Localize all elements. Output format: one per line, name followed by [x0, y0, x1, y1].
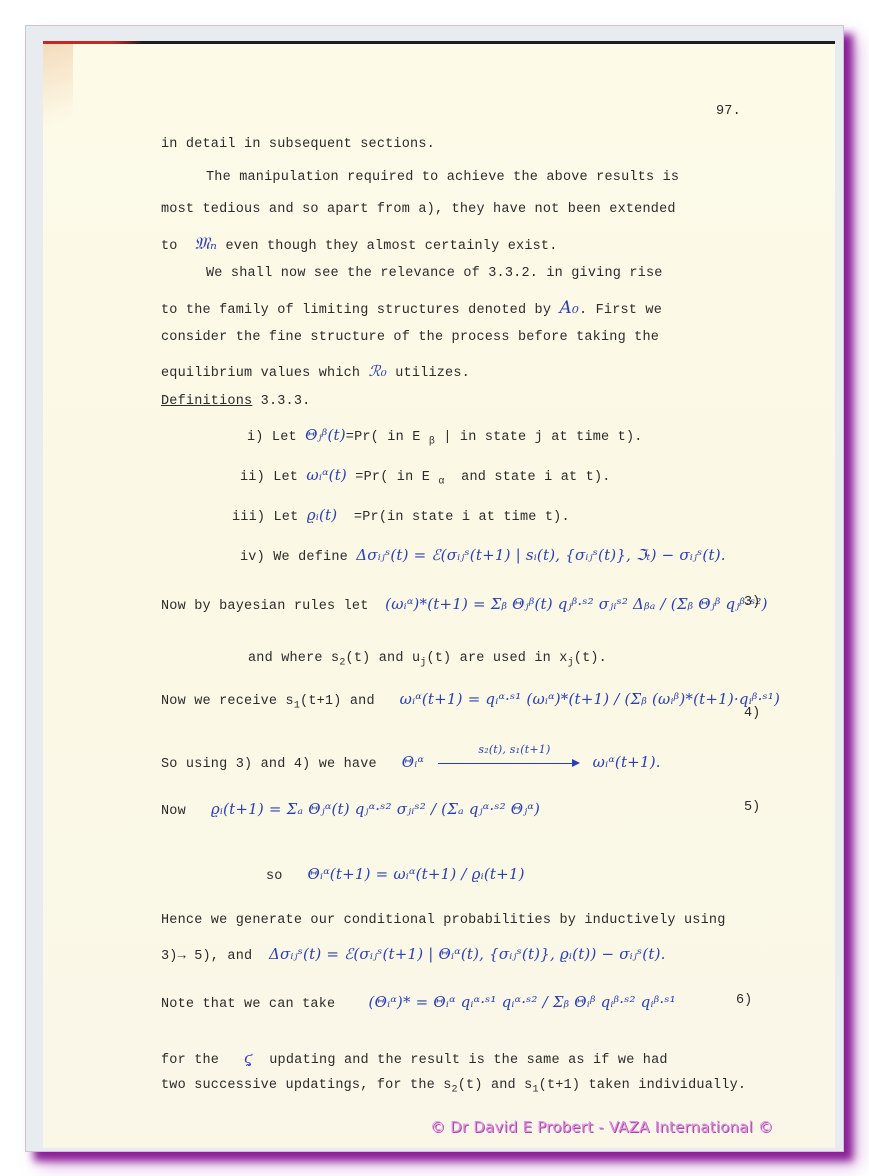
- handwritten-formula: ωᵢᵅ(t): [306, 466, 347, 484]
- text-fragment: updating and the result is the same as i…: [269, 1053, 667, 1068]
- handwritten-formula: Θᵢᵅ(t+1) = ωᵢᵅ(t+1) / ϱᵢ(t+1): [308, 865, 525, 883]
- text-fragment: Note that we can take: [161, 997, 335, 1012]
- handwritten-formula: Δσᵢⱼˢ(t) = ℰ(σᵢⱼˢ(t+1) | Θᵢᵅ(t), {σᵢⱼˢ(t…: [269, 945, 666, 963]
- handwritten-symbol: ϛ̰: [244, 1049, 253, 1067]
- section-heading: Definitions 3.3.3.: [161, 394, 310, 409]
- text-line: and where s2(t) and uj(t) are used in xj…: [248, 651, 607, 669]
- handwritten-symbol: A₀: [559, 298, 579, 318]
- definition-label: i) Let: [247, 430, 297, 445]
- definition-iii: iii) Let ϱᵢ(t) =Pr(in state i at time t)…: [232, 506, 570, 525]
- receive-line: Now we receive s1(t+1) and ωᵢᵅ(t+1) = qᵢ…: [161, 690, 780, 712]
- text-fragment: 3)→ 5), and: [161, 949, 252, 964]
- now-line: Now ϱᵢ(t+1) = Σₐ Θⱼᵅ(t) qⱼᵅ·ˢ² σⱼᵢˢ² / (…: [161, 800, 540, 819]
- definition-i: i) Let Θⱼᵝ(t)=Pr( in E β | in state j at…: [247, 426, 643, 448]
- text-fragment: for the: [161, 1053, 219, 1068]
- text-line: to the family of limiting structures den…: [161, 298, 662, 318]
- text-fragment: and state i at t).: [461, 470, 610, 485]
- text-line: equilibrium values which ℛ₀ utilizes.: [161, 362, 470, 381]
- definition-iv: iv) We define Δσᵢⱼˢ(t) = ℰ(σᵢⱼˢ(t+1) | s…: [240, 546, 726, 565]
- text-fragment: | in state j at time t).: [443, 430, 642, 445]
- handwritten-formula: Θᵢᵅ: [402, 753, 424, 771]
- handwritten-formula: Δσᵢⱼˢ(t) = ℰ(σᵢⱼˢ(t+1) | sᵢ(t), {σᵢⱼˢ(t)…: [356, 546, 725, 564]
- text-line: We shall now see the relevance of 3.3.2.…: [206, 266, 663, 281]
- text-fragment: Now by bayesian rules let: [161, 599, 369, 614]
- definition-ii: ii) Let ωᵢᵅ(t) =Pr( in E α and state i a…: [240, 466, 611, 488]
- text-fragment: and where s: [248, 651, 339, 666]
- equation-number: 6): [736, 993, 752, 1008]
- text-fragment: =Pr(in state i at time t).: [354, 510, 570, 525]
- handwritten-formula: Θⱼᵝ(t): [305, 426, 346, 444]
- subscript: α: [438, 477, 444, 488]
- text-fragment: to the family of limiting structures den…: [161, 303, 551, 318]
- text-line: for the ϛ̰ updating and the result is th…: [161, 1049, 668, 1068]
- right-arrow-icon: s₂(t), s₁(t+1): [438, 763, 578, 764]
- text-line: consider the fine structure of the proce…: [161, 330, 659, 345]
- handwritten-formula: ϱᵢ(t): [307, 506, 338, 524]
- hence-formula-line: 3)→ 5), and Δσᵢⱼˢ(t) = ℰ(σᵢⱼˢ(t+1) | Θᵢᵅ…: [161, 945, 666, 964]
- text-fragment: . First we: [579, 303, 662, 318]
- using-line: So using 3) and 4) we have Θᵢᵅ s₂(t), s₁…: [161, 753, 661, 772]
- text-fragment: So using 3) and 4) we have: [161, 757, 377, 772]
- text-fragment: Now: [161, 804, 186, 819]
- text-fragment: equilibrium values which: [161, 366, 360, 381]
- text-line: Hence we generate our conditional probab…: [161, 913, 726, 928]
- page-number: 97.: [716, 104, 741, 119]
- text-line: to 𝔐ₙ even though they almost certainly …: [161, 234, 558, 254]
- text-fragment: (t+1) taken individually.: [539, 1078, 747, 1093]
- text-fragment: (t) and u: [346, 651, 421, 666]
- text-fragment: utilizes.: [395, 366, 470, 381]
- equation-number: 3): [744, 595, 760, 610]
- text-fragment: (t) and s: [458, 1078, 533, 1093]
- arrow-label: s₂(t), s₁(t+1): [478, 743, 550, 756]
- handwritten-formula: ϱᵢ(t+1) = Σₐ Θⱼᵅ(t) qⱼᵅ·ˢ² σⱼᵢˢ² / (Σₐ q…: [211, 800, 540, 818]
- handwritten-formula: ωᵢᵅ(t+1).: [593, 753, 661, 771]
- note-line: Note that we can take (Θᵢᵅ)* = Θᵢᵅ qᵢᵅ·ˢ…: [161, 993, 676, 1012]
- definition-label: iv) We define: [240, 550, 348, 565]
- text-fragment: (t) are used in x: [426, 651, 567, 666]
- copyright-watermark: © Dr David E Probert - VAZA Internationa…: [430, 1118, 773, 1136]
- definition-label: iii) Let: [232, 510, 298, 525]
- text-fragment: even though they almost certainly exist.: [225, 239, 557, 254]
- text-fragment: (t).: [574, 651, 607, 666]
- handwritten-symbol: ℛ₀: [369, 362, 387, 380]
- text-fragment: so: [266, 869, 283, 884]
- text-line: two successive updatings, for the s2(t) …: [161, 1078, 746, 1096]
- handwritten-symbol: 𝔐ₙ: [194, 234, 217, 254]
- text-line: The manipulation required to achieve the…: [206, 170, 679, 185]
- text-fragment: =Pr( in E: [355, 470, 430, 485]
- text-fragment: (t+1) and: [300, 694, 375, 709]
- handwritten-formula: (ωᵢᵅ)*(t+1) = Σᵦ Θⱼᵝ(t) qⱼᵝ·ˢ² σⱼᵢˢ² Δᵦₐ…: [385, 595, 768, 613]
- text-line: most tedious and so apart from a), they …: [161, 202, 676, 217]
- text-fragment: Now we receive s: [161, 694, 294, 709]
- text-fragment: =Pr( in E: [346, 430, 421, 445]
- handwritten-formula: (Θᵢᵅ)* = Θᵢᵅ qᵢᵅ·ˢ¹ qᵢᵅ·ˢ² / Σᵦ Θᵢᵝ qᵢᵝ·…: [369, 993, 676, 1011]
- text-line: in detail in subsequent sections.: [161, 137, 435, 152]
- definition-label: ii) Let: [240, 470, 298, 485]
- so-line: so Θᵢᵅ(t+1) = ωᵢᵅ(t+1) / ϱᵢ(t+1): [266, 865, 525, 884]
- equation-number: 5): [744, 800, 760, 815]
- heading-number: 3.3.3.: [261, 394, 311, 409]
- subscript: β: [429, 437, 435, 448]
- handwritten-formula: ωᵢᵅ(t+1) = qᵢᵅ·ˢ¹ (ωᵢᵅ)*(t+1) / (Σᵦ (ωᵢᵝ…: [400, 690, 780, 708]
- text-fragment: to: [161, 239, 178, 254]
- text-fragment: two successive updatings, for the s: [161, 1078, 452, 1093]
- bayes-line: Now by bayesian rules let (ωᵢᵅ)*(t+1) = …: [161, 595, 768, 614]
- heading-label: Definitions: [161, 394, 252, 409]
- equation-number: 4): [744, 706, 760, 721]
